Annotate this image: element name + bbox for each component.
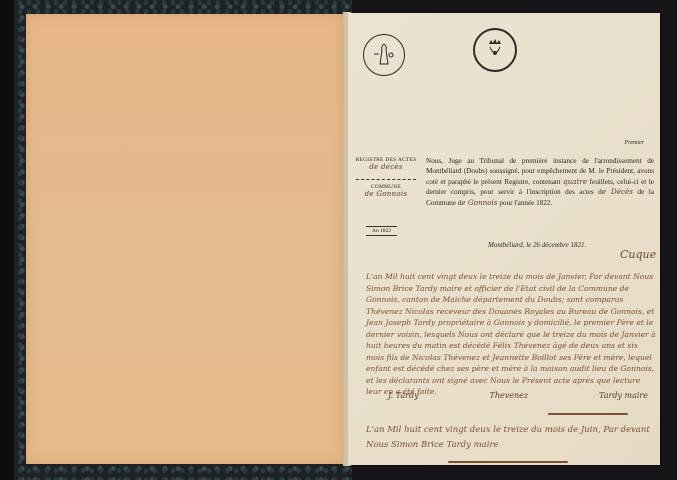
commune-filled: e Gonnois xyxy=(461,198,497,207)
death-act-2: L'an Mil huit cent vingt deux le treize … xyxy=(366,423,656,453)
cover-edge xyxy=(0,0,14,480)
flourish xyxy=(548,413,628,415)
death-act-1: L'an Mil huit cent vingt deux le treize … xyxy=(366,271,656,398)
allegorical-figure-stamp-icon xyxy=(363,34,405,76)
sheet-count: quatre xyxy=(563,177,587,186)
signature-3: Tardy maire xyxy=(599,391,648,400)
blank-flyleaf-page xyxy=(26,14,343,464)
register-side-column: REGISTRE DES ACTES de décès COMMUNE de G… xyxy=(354,157,418,198)
royal-crown-stamp-icon xyxy=(473,28,517,72)
signature-2: Thevenez xyxy=(490,391,529,400)
certification-text: Nous, Juge au Tribunal de première insta… xyxy=(426,156,654,208)
register-page: Premier REGISTRE DES ACTES de décès COMM… xyxy=(348,13,660,465)
act-1-signatures: J. Tardy Thevenez Tardy maire xyxy=(388,391,648,400)
acts-filled: e Décès xyxy=(602,187,633,196)
acts-type: de décès xyxy=(354,163,418,171)
judge-signature: Cuque xyxy=(620,248,656,261)
flourish xyxy=(448,461,568,463)
divider xyxy=(356,179,416,180)
year-label: An 1822 xyxy=(366,226,397,236)
place-date: Montbéliard, le 26 décembre 1821. xyxy=(488,240,586,250)
commune-name: de Gonnois xyxy=(354,190,418,198)
page-label: Premier xyxy=(625,138,644,148)
signature-1: J. Tardy xyxy=(388,391,419,400)
cert-text-4: pour l'année 1822. xyxy=(499,199,552,207)
